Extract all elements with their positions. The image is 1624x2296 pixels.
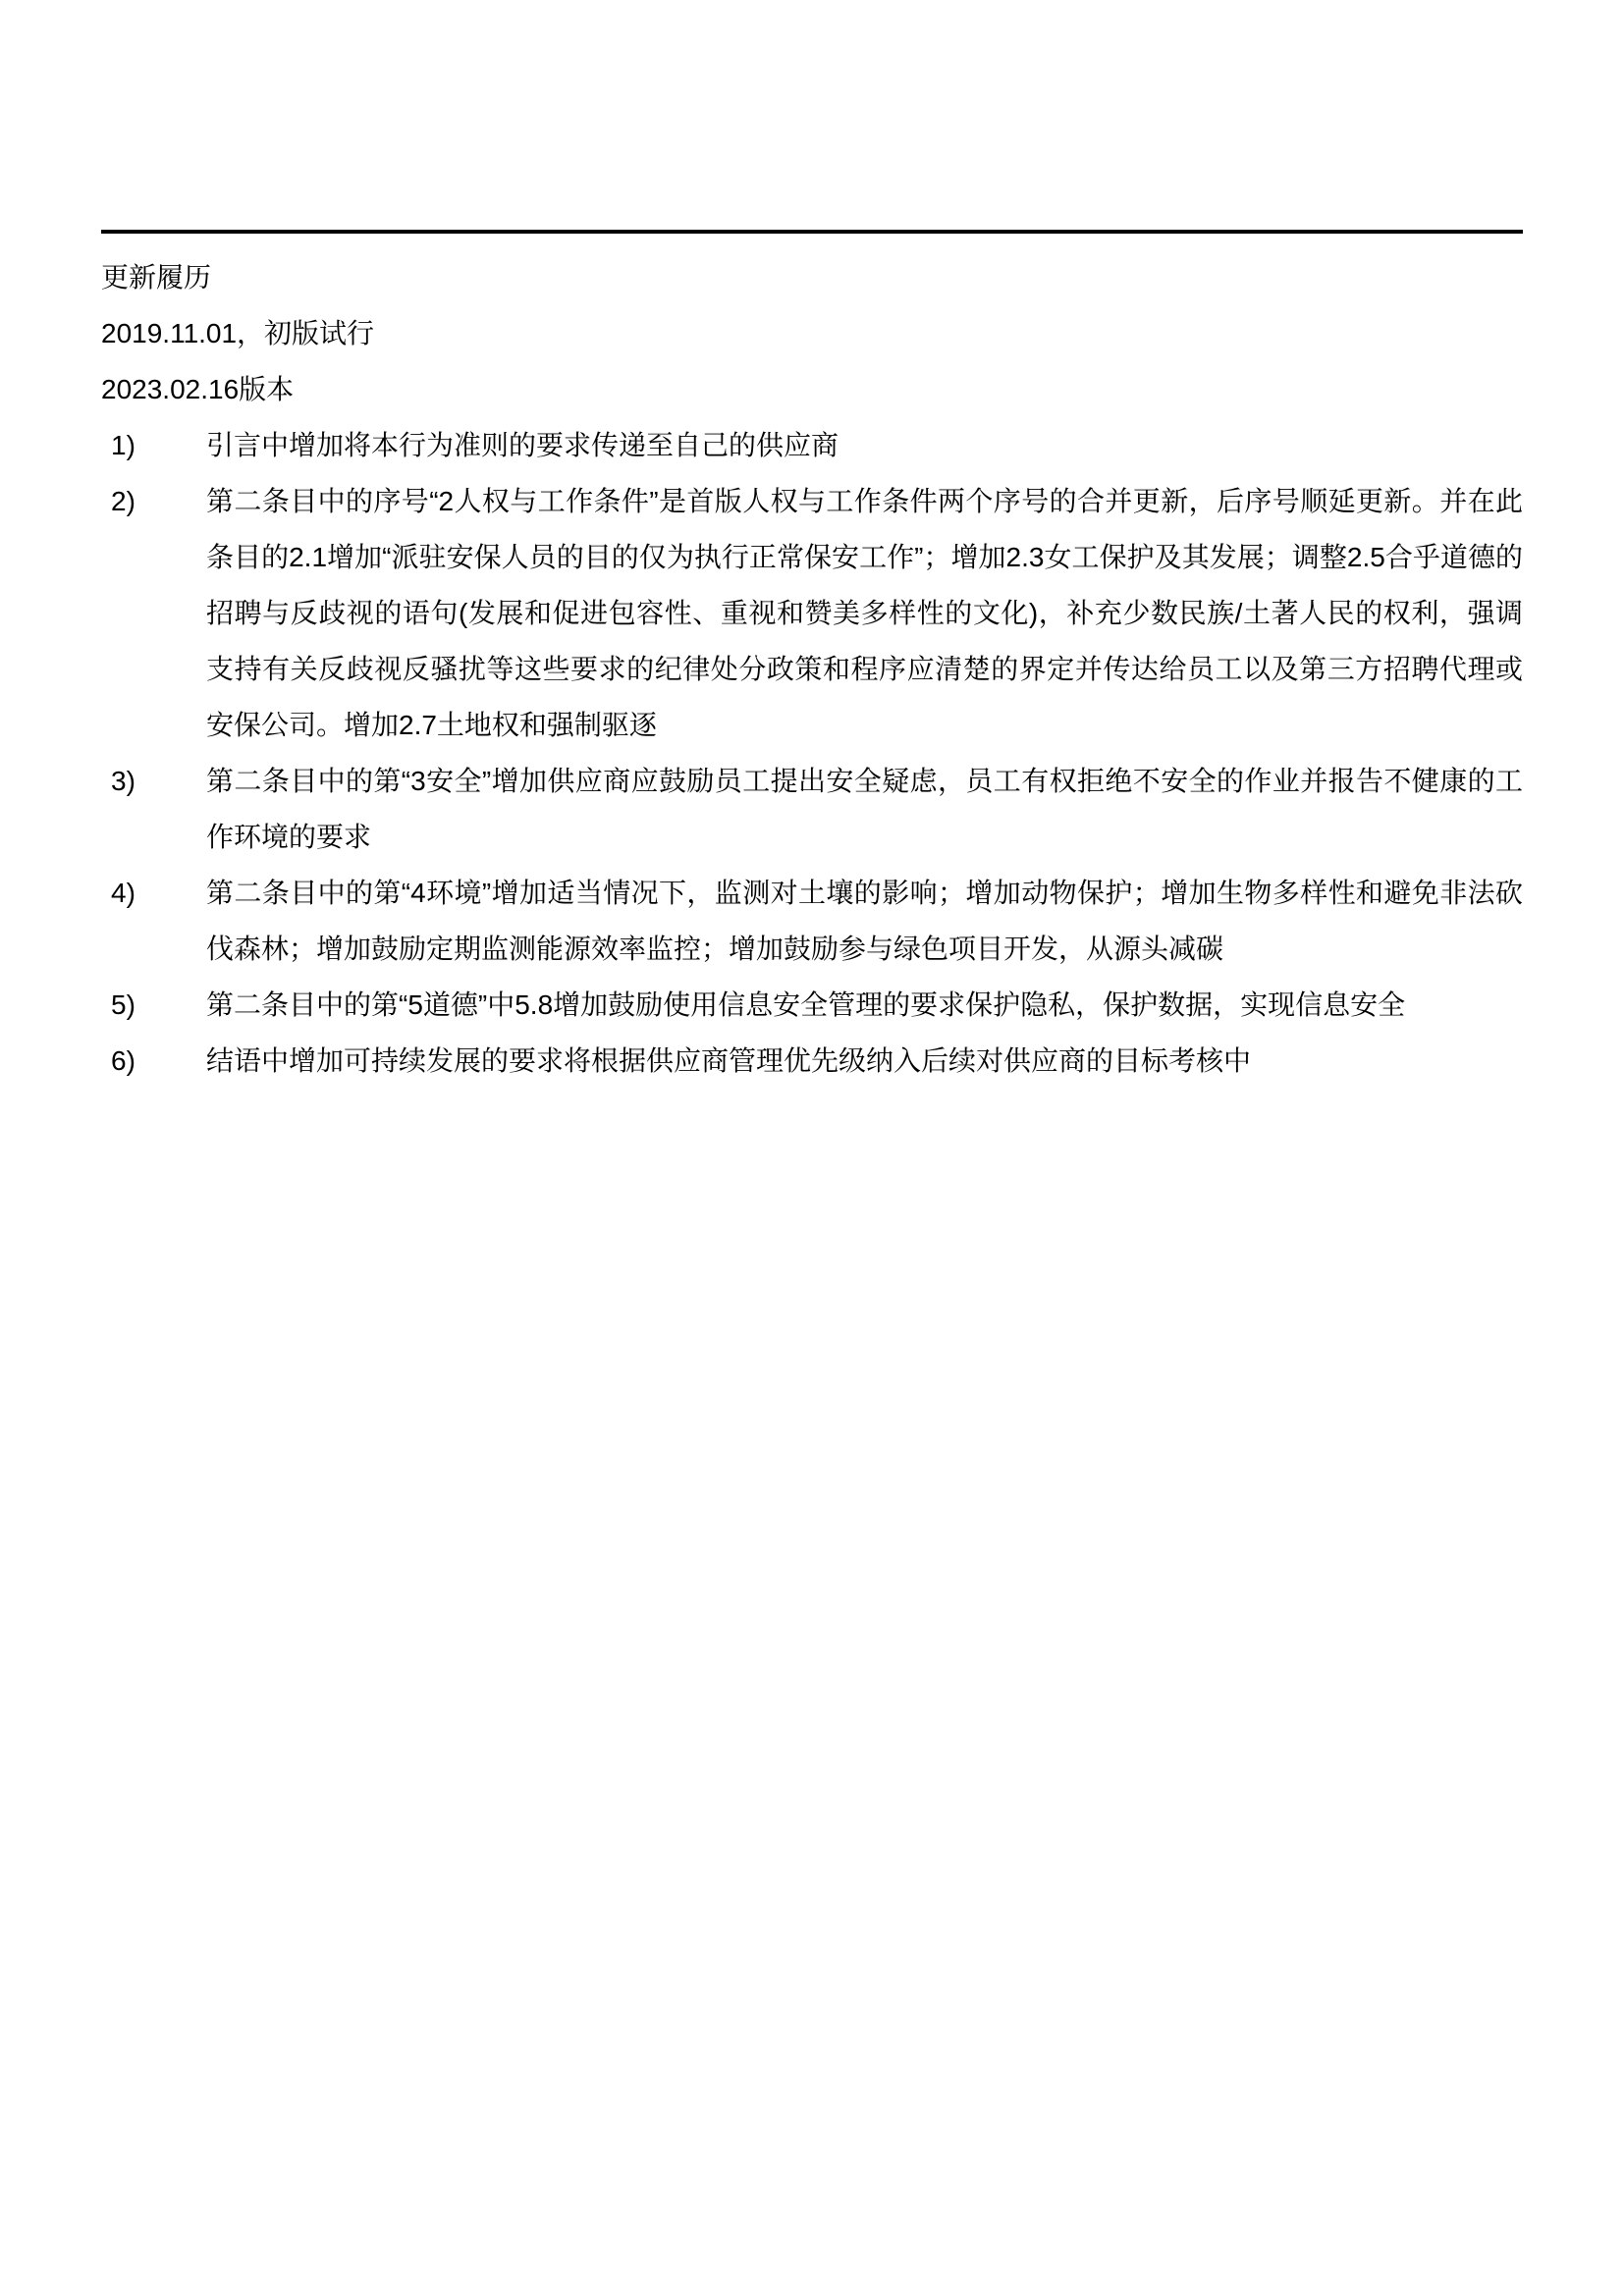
list-item-4: 4) 第二条目中的第“4环境”增加适当情况下，监测对土壤的影响；增加动物保护；增…	[101, 865, 1523, 977]
document-page: 更新履历 2019.11.01，初版试行 2023.02.16版本 1) 引言中…	[0, 0, 1624, 2296]
list-item-6: 6) 结语中增加可持续发展的要求将根据供应商管理优先级纳入后续对供应商的目标考核…	[101, 1033, 1523, 1089]
update-list: 1) 引言中增加将本行为准则的要求传递至自己的供应商 2) 第二条目中的序号“2…	[101, 417, 1523, 1089]
page-content: 更新履历 2019.11.01，初版试行 2023.02.16版本 1) 引言中…	[101, 230, 1523, 1089]
list-item-2-number: 2)	[101, 473, 206, 529]
header-rule	[101, 230, 1523, 234]
list-item-5-number: 5)	[101, 977, 206, 1033]
list-item-1: 1) 引言中增加将本行为准则的要求传递至自己的供应商	[101, 417, 1523, 473]
list-item-3-text: 第二条目中的第“3安全”增加供应商应鼓励员工提出安全疑虑，员工有权拒绝不安全的作…	[206, 753, 1523, 865]
list-item-4-number: 4)	[101, 865, 206, 921]
list-item-5-text: 第二条目中的第“5道德”中5.8增加鼓励使用信息安全管理的要求保护隐私，保护数据…	[206, 977, 1523, 1033]
list-item-2: 2) 第二条目中的序号“2人权与工作条件”是首版人权与工作条件两个序号的合并更新…	[101, 473, 1523, 753]
version-line-current: 2023.02.16版本	[101, 361, 1523, 417]
list-item-1-number: 1)	[101, 417, 206, 473]
list-item-5: 5) 第二条目中的第“5道德”中5.8增加鼓励使用信息安全管理的要求保护隐私，保…	[101, 977, 1523, 1033]
list-item-2-text: 第二条目中的序号“2人权与工作条件”是首版人权与工作条件两个序号的合并更新，后序…	[206, 473, 1523, 753]
list-item-6-text: 结语中增加可持续发展的要求将根据供应商管理优先级纳入后续对供应商的目标考核中	[206, 1033, 1523, 1089]
list-item-1-text: 引言中增加将本行为准则的要求传递至自己的供应商	[206, 417, 1523, 473]
list-item-3-number: 3)	[101, 753, 206, 809]
list-item-3: 3) 第二条目中的第“3安全”增加供应商应鼓励员工提出安全疑虑，员工有权拒绝不安…	[101, 753, 1523, 865]
list-item-6-number: 6)	[101, 1033, 206, 1089]
version-line-initial: 2019.11.01，初版试行	[101, 305, 1523, 361]
list-item-4-text: 第二条目中的第“4环境”增加适当情况下，监测对土壤的影响；增加动物保护；增加生物…	[206, 865, 1523, 977]
page-title: 更新履历	[101, 249, 1523, 305]
